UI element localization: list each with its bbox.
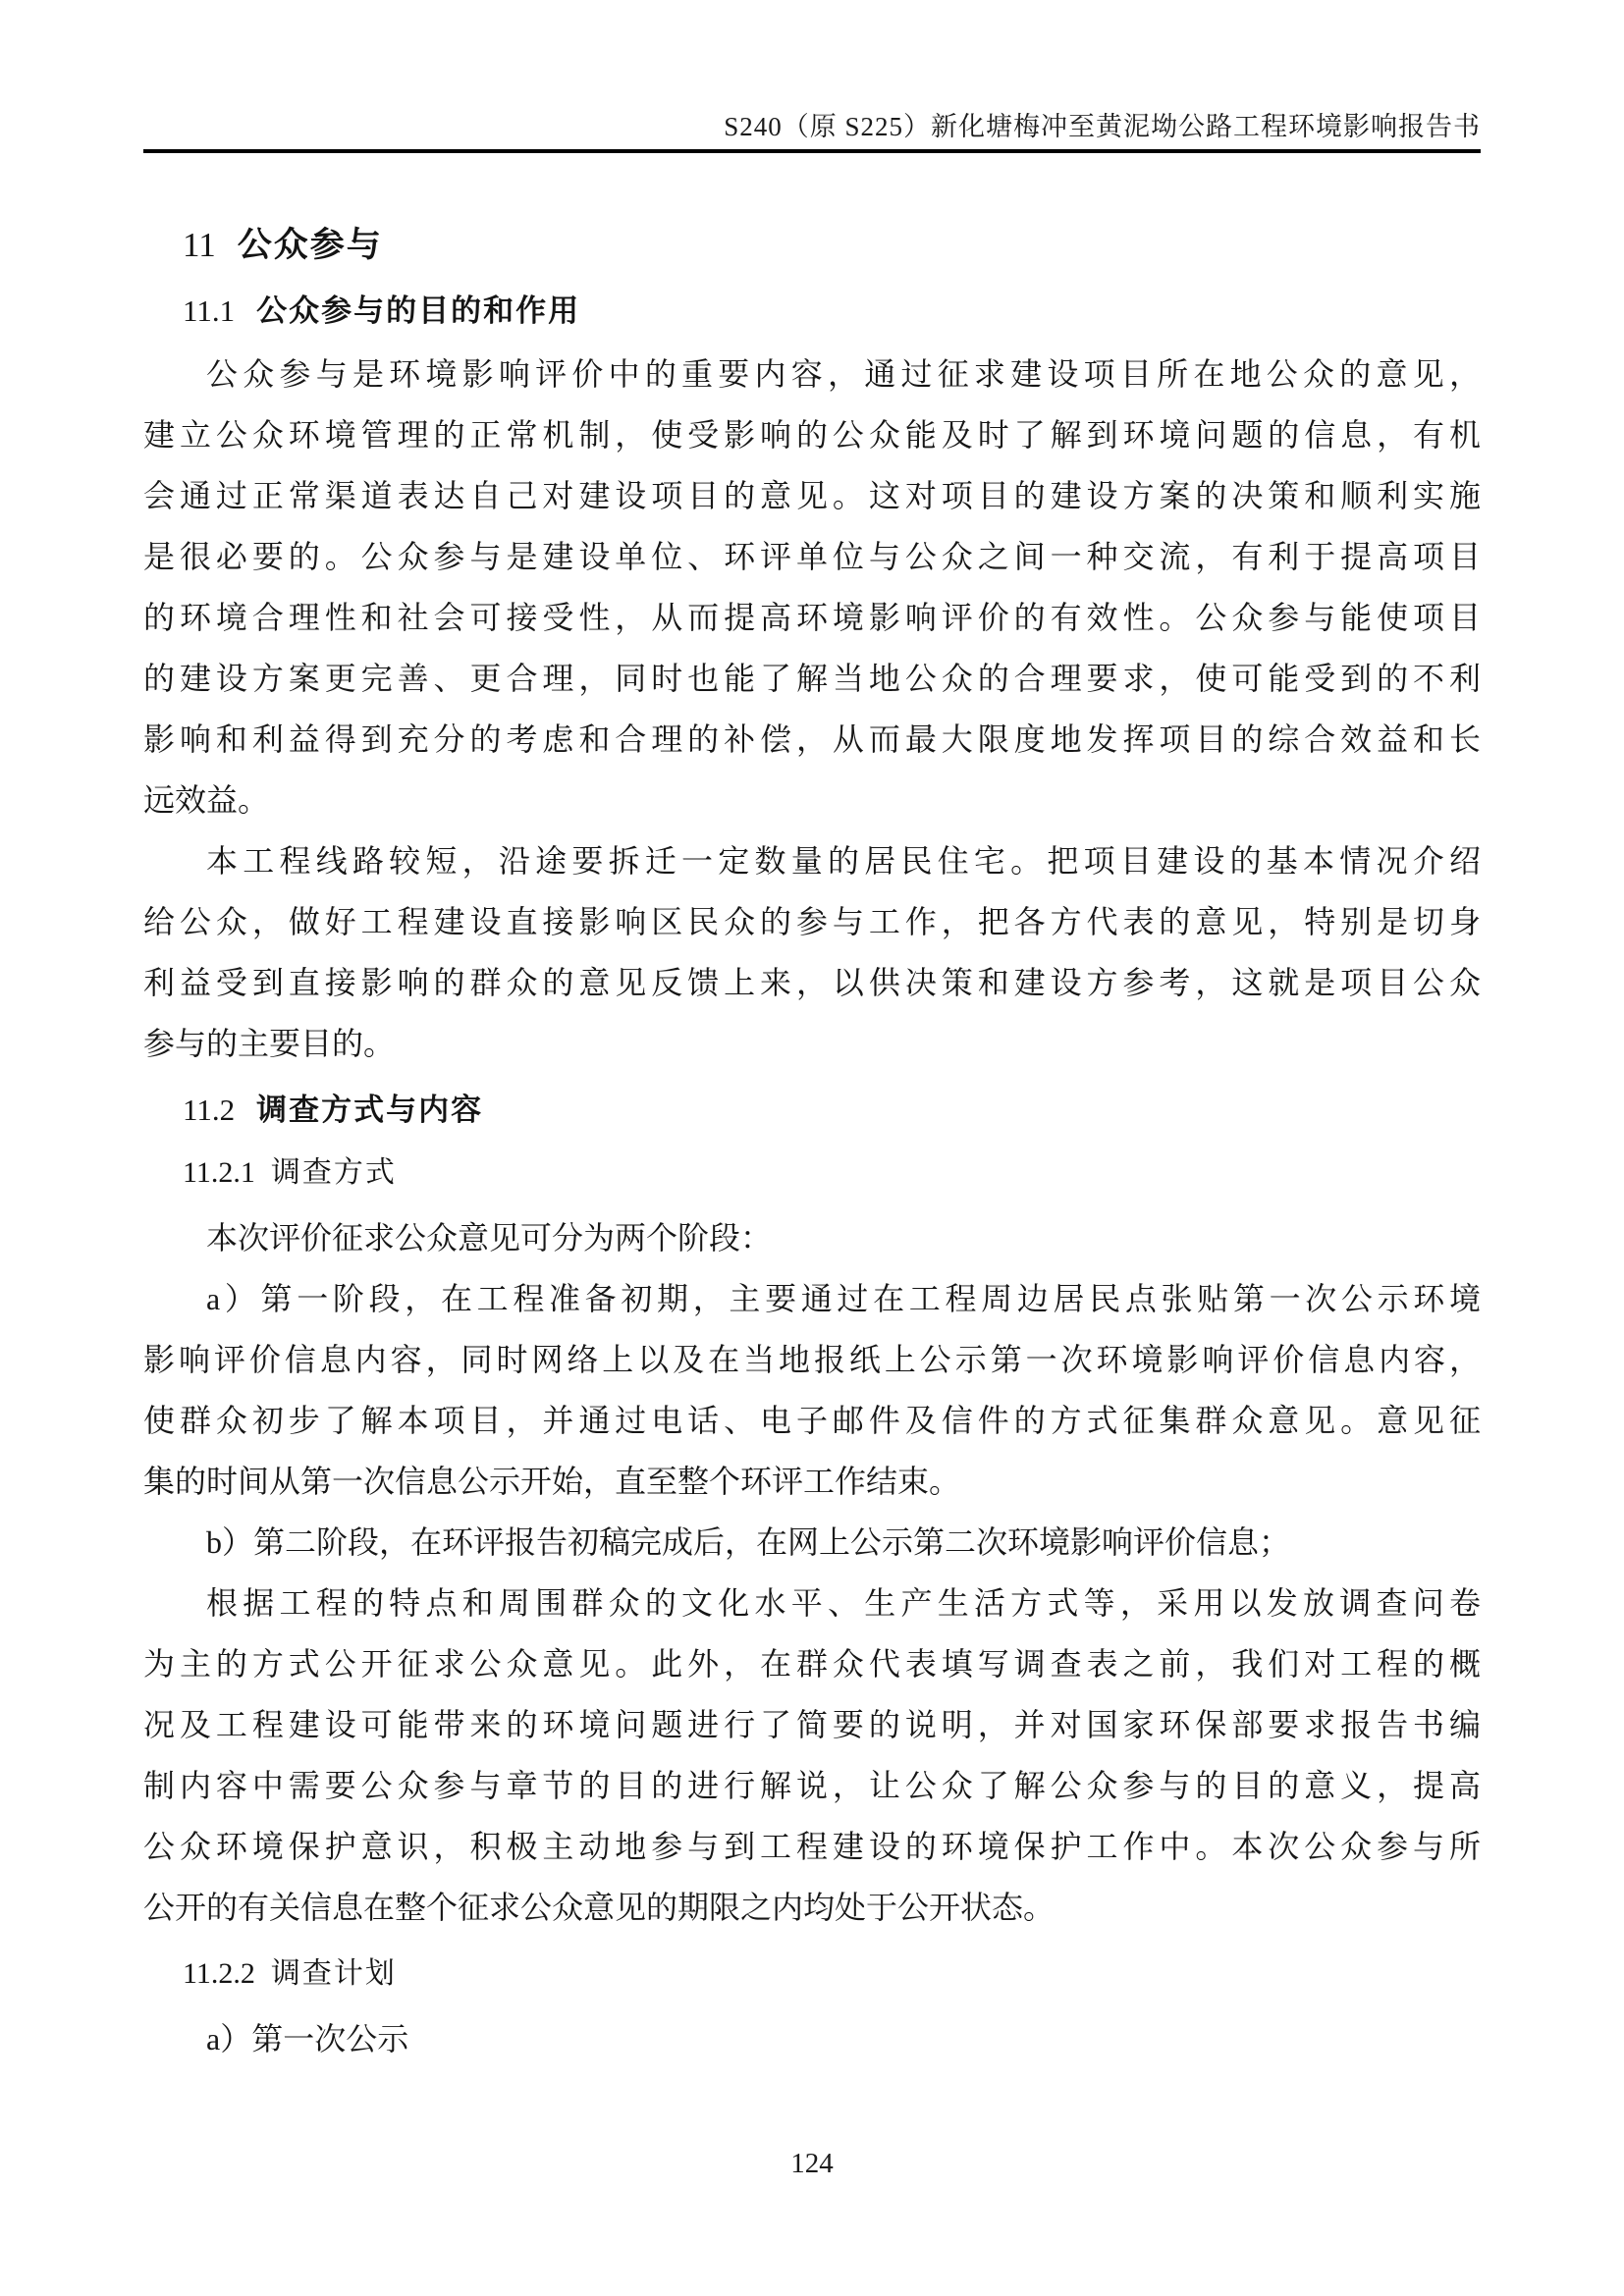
section-title: 调查计划 [271,1957,397,1990]
body-line: 参与的主要目的。 [143,1013,1481,1074]
running-header: S240（原 S225）新化塘梅冲至黄泥坳公路工程环境影响报告书 [143,0,1481,143]
paragraph-7: a）第一次公示 [143,2008,1481,2069]
page-number: 124 [790,2148,834,2179]
body-line: 集的时间从第一次信息公示开始，直至整个环评工作结束。 [143,1451,1481,1512]
section-number: 11.2.2 [183,1957,255,1990]
running-header-title: S240（原 S225）新化塘梅冲至黄泥坳公路工程环境影响报告书 [724,112,1481,141]
section-number: 11.1 [183,294,235,328]
body-line: 本工程线路较短，沿途要拆迁一定数量的居民住宅。把项目建设的基本情况介绍 [143,830,1481,891]
body-line: a）第一次公示 [143,2008,1481,2069]
header-divider [143,149,1481,153]
body-line: 公众参与是环境影响评价中的重要内容，通过征求建设项目所在地公众的意见， [143,344,1481,404]
section-heading-11-2: 11.2调查方式与内容 [183,1090,1481,1131]
section-number: 11.2 [183,1093,235,1127]
section-title: 调查方式与内容 [256,1093,483,1127]
body-line: a）第一阶段，在工程准备初期，主要通过在工程周边居民点张贴第一次公示环境 [143,1268,1481,1329]
section-heading-11-2-2: 11.2.2调查计划 [183,1953,1481,1995]
body-line: 为主的方式公开征求公众意见。此外，在群众代表填写调查表之前，我们对工程的概 [143,1633,1481,1694]
body-line: 利益受到直接影响的群众的意见反馈上来，以供决策和建设方参考，这就是项目公众 [143,952,1481,1013]
section-title: 公众参与 [238,226,383,264]
body-line: 根据工程的特点和周围群众的文化水平、生产生活方式等，采用以发放调查问卷 [143,1573,1481,1633]
section-title: 调查方式 [271,1156,397,1189]
paragraph-4: a）第一阶段，在工程准备初期，主要通过在工程周边居民点张贴第一次公示环境 影响评… [143,1268,1481,1512]
body-line: 影响和利益得到充分的考虑和合理的补偿，从而最大限度地发挥项目的综合效益和长 [143,709,1481,770]
body-line: 使群众初步了解本项目，并通过电话、电子邮件及信件的方式征集群众意见。意见征 [143,1390,1481,1451]
body-line: 给公众，做好工程建设直接影响区民众的参与工作，把各方代表的意见，特别是切身 [143,891,1481,952]
body-line: 况及工程建设可能带来的环境问题进行了简要的说明，并对国家环保部要求报告书编 [143,1694,1481,1755]
paragraph-1: 公众参与是环境影响评价中的重要内容，通过征求建设项目所在地公众的意见， 建立公众… [143,344,1481,830]
body-line: 会通过正常渠道表达自己对建设项目的意见。这对项目的建设方案的决策和顺利实施 [143,465,1481,526]
section-heading-11-1: 11.1公众参与的目的和作用 [183,291,1481,332]
page-content: S240（原 S225）新化塘梅冲至黄泥坳公路工程环境影响报告书 11公众参与 … [0,0,1624,2069]
document-page: S240（原 S225）新化塘梅冲至黄泥坳公路工程环境影响报告书 11公众参与 … [0,0,1624,2296]
body-line: 的环境合理性和社会可接受性，从而提高环境影响评价的有效性。公众参与能使项目 [143,587,1481,648]
section-number: 11 [183,226,216,264]
section-heading-11-2-1: 11.2.1调查方式 [183,1152,1481,1194]
paragraph-2: 本工程线路较短，沿途要拆迁一定数量的居民住宅。把项目建设的基本情况介绍 给公众，… [143,830,1481,1074]
section-number: 11.2.1 [183,1156,255,1189]
body-line: 是很必要的。公众参与是建设单位、环评单位与公众之间一种交流，有利于提高项目 [143,526,1481,587]
body-line: 建立公众环境管理的正常机制，使受影响的公众能及时了解到环境问题的信息，有机 [143,404,1481,465]
page-footer: 124 [0,2148,1624,2180]
body-line: 影响评价信息内容，同时网络上以及在当地报纸上公示第一次环境影响评价信息内容， [143,1329,1481,1390]
body-line: 本次评价征求公众意见可分为两个阶段： [143,1207,1481,1268]
paragraph-5: b）第二阶段，在环评报告初稿完成后，在网上公示第二次环境影响评价信息； [143,1512,1481,1573]
section-title: 公众参与的目的和作用 [256,294,580,328]
body-line: 公众环境保护意识，积极主动地参与到工程建设的环境保护工作中。本次公众参与所 [143,1816,1481,1877]
section-heading-11: 11公众参与 [183,224,1481,267]
body-line: b）第二阶段，在环评报告初稿完成后，在网上公示第二次环境影响评价信息； [143,1512,1481,1573]
body-line: 的建设方案更完善、更合理，同时也能了解当地公众的合理要求，使可能受到的不利 [143,648,1481,709]
paragraph-3: 本次评价征求公众意见可分为两个阶段： [143,1207,1481,1268]
body-line: 远效益。 [143,770,1481,830]
body-line: 公开的有关信息在整个征求公众意见的期限之内均处于公开状态。 [143,1877,1481,1938]
paragraph-6: 根据工程的特点和周围群众的文化水平、生产生活方式等，采用以发放调查问卷 为主的方… [143,1573,1481,1938]
body-line: 制内容中需要公众参与章节的目的进行解说，让公众了解公众参与的目的意义，提高 [143,1755,1481,1816]
